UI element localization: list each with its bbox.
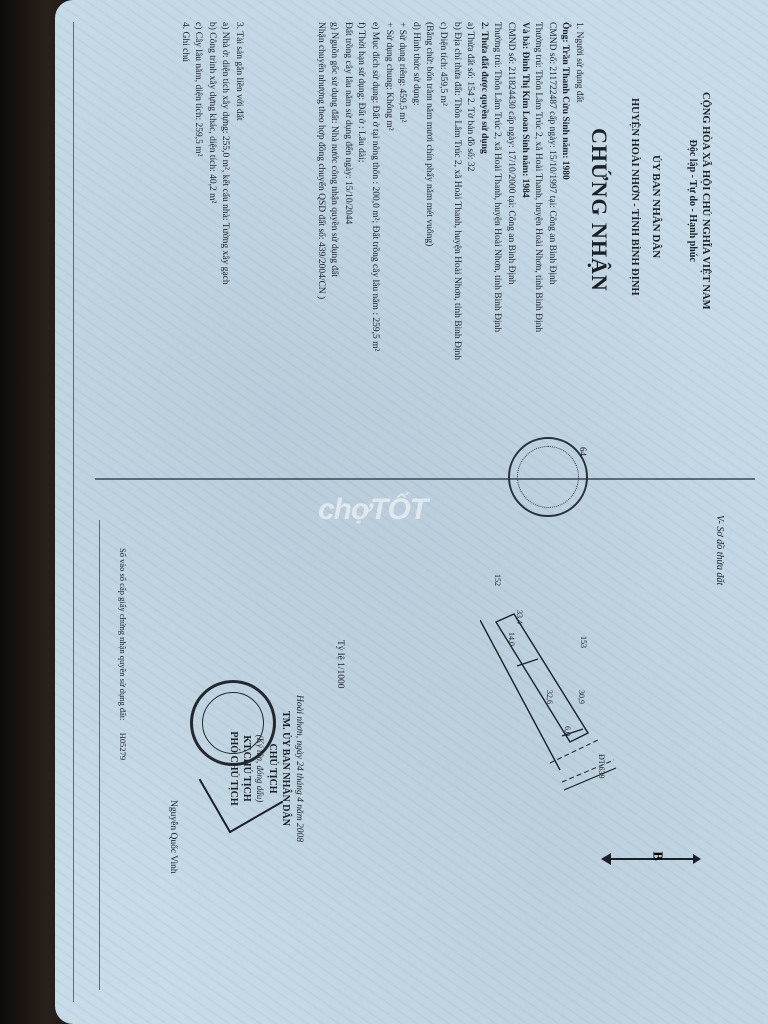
land-line: f) Thời hạn sử dụng: Đất ở : Lâu dài; <box>354 22 368 360</box>
land-heading: 2. Thửa đất được quyền sử dụng <box>476 22 490 360</box>
property-line: a) Nhà ở: diện tích xây dựng: 255,0 m², … <box>218 22 232 285</box>
fold-divider <box>95 478 755 480</box>
owner-line: CMND số: 211722487 cấp ngày: 15/10/1997 … <box>544 22 558 360</box>
certificate-body: 1. Người sử dụng đất Ông: Trần Thanh Cừu… <box>313 22 585 360</box>
official-seal-stamp <box>508 437 588 517</box>
certificate-title: CHỨNG NHẬN <box>586 128 612 292</box>
land-line: + Sử dụng riêng: 459,5 m² <box>395 22 409 360</box>
parcel-dimension: 32,6 <box>545 690 554 704</box>
committee-name: ỦY BAN NHÂN DÂN <box>650 155 662 258</box>
land-line: a) Thửa đất số: 154 2. Tờ bản đồ số: 32 <box>463 22 477 360</box>
property-line: 4. Ghi chú <box>177 22 191 285</box>
property-section: 3. Tài sản gắn liền với đất a) Nhà ở: di… <box>177 22 245 285</box>
map-scale: Tỷ lệ 1/1000 <box>335 640 345 689</box>
registry-number: H05279 <box>118 733 128 760</box>
owner-line: Thường trú: Thôn Lâm Trúc 2, xã Hoài Tha… <box>490 22 504 360</box>
owner-line: Thường trú: Thôn Lâm Trúc 2, xã Hoài Tha… <box>531 22 545 360</box>
republic-title: CỘNG HÒA XÃ HỘI CHỦ NGHĨA VIỆT NAM <box>699 92 712 310</box>
road-label: ĐT 639 <box>597 754 606 779</box>
land-line: e) Mục đích sử dụng: Đất ở tại nông thôn… <box>368 22 382 360</box>
registry-label: Số vào sổ cấp giấy chứng nhận quyền sử d… <box>118 548 128 721</box>
place-date: Hoài nhơn, ngày 24 tháng 4 năm 2008 <box>292 695 305 842</box>
owner-line: CMND số: 211824430 cấp ngày: 17/10/2000 … <box>503 22 517 360</box>
chotot-watermark: chợTỐT <box>318 493 427 527</box>
owner-line: Và bà: Đinh Thị Kim Loan Sinh năm: 1984 <box>517 22 531 360</box>
land-line: d) Hình thức sử dụng: <box>408 22 422 360</box>
parcel-dimension: 33,4 <box>515 610 524 624</box>
north-label: B <box>649 851 665 860</box>
parcel-dimension: 30,9 <box>577 690 586 704</box>
property-line: 3. Tài sản gắn liền với đất <box>231 22 245 285</box>
registry-footer: Số vào sổ cấp giấy chứng nhận quyền sử d… <box>118 548 128 760</box>
land-line: c) Diện tích: 459,5 m² <box>435 22 449 360</box>
property-line: b) Công trình xây dựng khác, diện tích: … <box>204 22 218 285</box>
parcel-dimension: 6,0 <box>563 726 572 736</box>
motto: Độc lập - Tự do - Hạnh phúc <box>686 92 699 310</box>
signer-name: Nguyễn Quốc Vinh <box>168 800 178 874</box>
land-line: + Sử dụng chung: Không m² <box>381 22 395 360</box>
margin-line <box>73 22 74 1002</box>
land-line: Nhận chuyển nhượng theo hợp đồng chuyển … <box>313 22 327 360</box>
header-block: CỘNG HÒA XÃ HỘI CHỦ NGHĨA VIỆT NAM Độc l… <box>686 92 712 310</box>
owner-line: Ông: Trần Thanh Cừu Sinh năm: 1980 <box>558 22 572 360</box>
parcel-number: 152 <box>493 574 502 586</box>
margin-line <box>99 520 100 990</box>
seal-note: 64 <box>578 447 588 456</box>
signing-org: TM. ỦY BAN NHÂN DÂN <box>279 695 292 842</box>
parcel-number: 153 <box>579 636 588 648</box>
land-line: Đất trồng cây lâu năm sử dụng đến ngày: … <box>340 22 354 360</box>
land-line: b) Địa chỉ thửa đất: Thôn Lâm Trúc 2, xã… <box>449 22 463 360</box>
property-line: c) Cây lâu năm, diện tích: 259,5 m² <box>191 22 205 285</box>
land-line: g) Nguồn gốc sử dụng đất: Nhà nước công … <box>327 22 341 360</box>
land-line: (Bằng chữ: bốn trăm năm mươi chín phẩy n… <box>422 22 436 360</box>
parcel-dimension: 14,0 <box>507 632 516 646</box>
owner-heading: 1. Người sử dụng đất <box>571 22 585 360</box>
committee-seal-stamp <box>190 680 276 766</box>
district-name: HUYỆN HOÀI NHƠN - TỈNH BÌNH ĐỊNH <box>629 98 640 296</box>
